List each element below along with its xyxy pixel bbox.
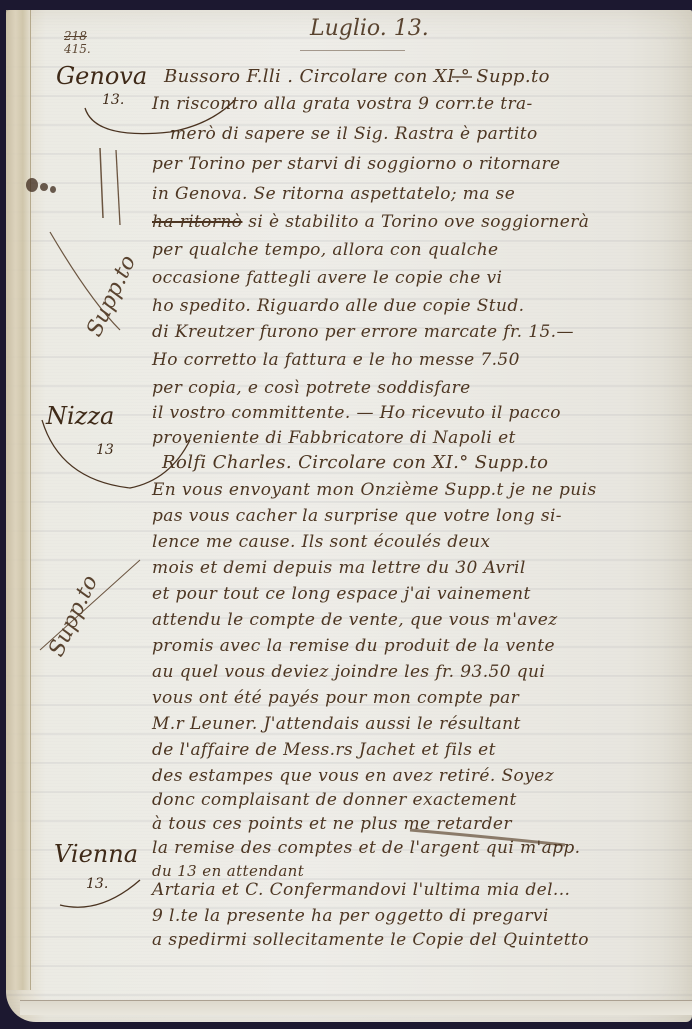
heading-underline <box>300 50 405 51</box>
recipient-line-rolfi: Rolfi Charles. Circolare con XI.° Supp.t… <box>162 452 548 473</box>
margin-date-genova: 13. <box>102 92 124 108</box>
folio-number: 218 415. <box>64 30 91 56</box>
ink-stain <box>50 186 56 193</box>
text-line: des estampes que vous en avez retiré. So… <box>152 766 554 786</box>
text-line: lence me cause. Ils sont écoulés deux <box>152 532 490 552</box>
text-line: di Kreutzer furono per errore marcate fr… <box>152 322 574 342</box>
binding-edge <box>6 10 31 990</box>
text-line: En vous envoyant mon Onzième Supp.t je n… <box>152 480 597 500</box>
recipient-line-artaria: Artaria et C. Confermandovi l'ultima mia… <box>152 880 570 900</box>
ink-stain <box>26 178 38 192</box>
scanned-page: 218 415. Luglio. 13. Genova 13. Bussoro … <box>0 0 692 1029</box>
text-line: in Genova. Se ritorna aspettatelo; ma se <box>152 184 515 204</box>
text-fragment: si è stabilito a Torino ove soggiornerà <box>242 212 589 232</box>
ink-stain <box>40 183 48 191</box>
text-line: promis avec la remise du produit de la v… <box>152 636 555 656</box>
text-line: M.r Leuner. J'attendais aussi le résulta… <box>152 714 521 734</box>
text-line: occasione fattegli avere le copie che vi <box>152 268 502 288</box>
margin-place-nizza: Nizza <box>46 402 114 430</box>
margin-place-vienna: Vienna <box>54 840 138 868</box>
text-line: merò di sapere se il Sig. Rastra è parti… <box>170 124 538 144</box>
text-line: à tous ces points et ne plus me retarder <box>152 814 512 834</box>
text-line: au quel vous deviez joindre les fr. 93.5… <box>152 662 545 682</box>
text-line: per Torino per starvi di soggiorno o rit… <box>152 154 561 174</box>
text-line: du 13 en attendant <box>152 862 304 880</box>
text-line: ha ritornò si è stabilito a Torino ove s… <box>152 212 589 232</box>
text-line: pas vous cacher la surprise que votre lo… <box>152 506 562 526</box>
text-line: ho spedito. Riguardo alle due copie Stud… <box>152 296 524 316</box>
text-line: mois et demi depuis ma lettre du 30 Avri… <box>152 558 526 578</box>
text-line: per qualche tempo, allora con qualche <box>152 240 499 260</box>
text-line: vous ont été payés pour mon compte par <box>152 688 519 708</box>
text-line: 9 l.te la presente ha per oggetto di pre… <box>152 906 549 926</box>
text-line: donc complaisant de donner exactement <box>152 790 517 810</box>
text-line: et pour tout ce long espace j'ai vaineme… <box>152 584 531 604</box>
text-line: per copia, e così potrete soddisfare <box>152 378 471 398</box>
margin-date-nizza: 13 <box>96 442 114 458</box>
folio-new: 415. <box>64 42 91 56</box>
text-line: Ho corretto la fattura e le ho messe 7.5… <box>152 350 520 370</box>
page-bottom-edge <box>20 1000 692 1015</box>
page-heading-date: Luglio. 13. <box>310 16 429 41</box>
struck-text: ha ritornò <box>152 212 242 232</box>
margin-place-genova: Genova <box>56 62 147 90</box>
text-line: attendu le compte de vente, que vous m'a… <box>152 610 558 630</box>
text-line: la remise des comptes et de l'argent qui… <box>152 838 580 858</box>
margin-date-vienna: 13. <box>86 876 108 892</box>
text-line: In riscontro alla grata vostra 9 corr.te… <box>152 94 533 114</box>
text-line: proveniente di Fabbricatore di Napoli et <box>152 428 516 448</box>
text-line: de l'affaire de Mess.rs Jachet et fils e… <box>152 740 496 760</box>
text-line: a spedirmi sollecitamente le Copie del Q… <box>152 930 589 950</box>
text-line: il vostro committente. — Ho ricevuto il … <box>152 403 561 423</box>
recipient-line-bussoro: Bussoro F.lli . Circolare con XI.° Supp.… <box>164 66 550 87</box>
